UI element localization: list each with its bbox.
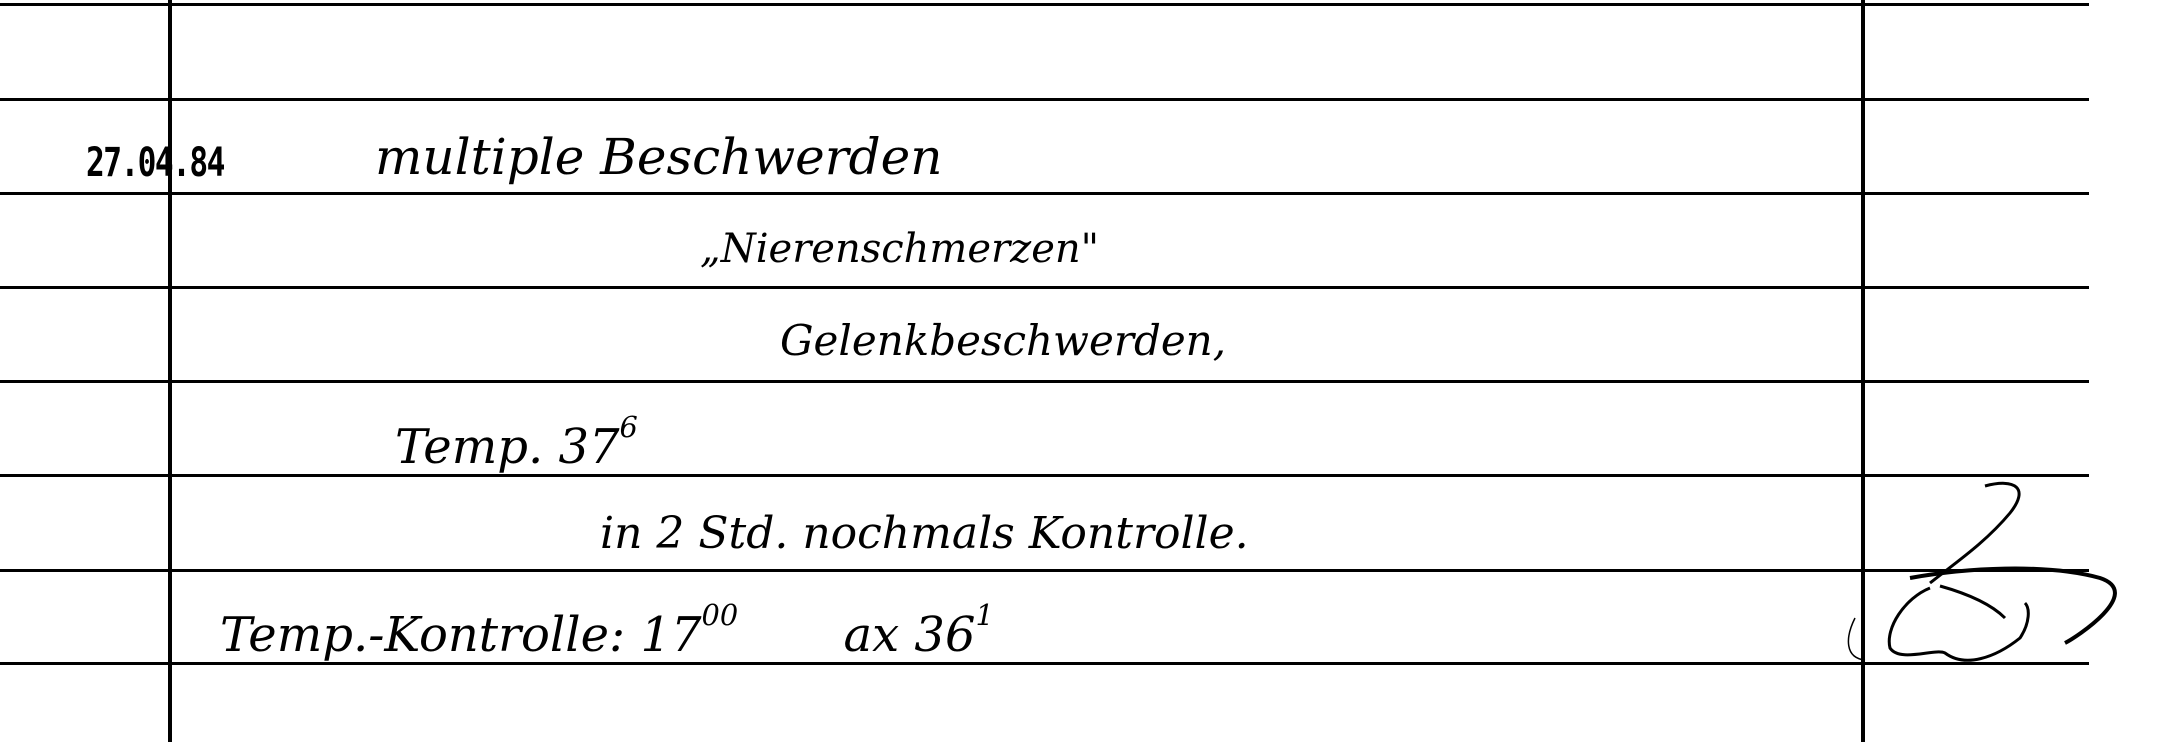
ledger-page: 27.04.84 multiple Beschwerden „Nierensch… — [0, 0, 2182, 742]
ruled-line — [0, 192, 2089, 195]
ruled-line — [0, 286, 2089, 289]
ruled-line — [0, 3, 2089, 6]
signature-icon — [1845, 478, 2145, 668]
entry-temperature: Temp. 376 — [395, 410, 638, 475]
ruled-line — [0, 98, 2089, 101]
ruled-line — [0, 569, 2089, 572]
temperature-decimal: 6 — [620, 410, 638, 444]
ruled-line — [0, 474, 2089, 477]
ruled-line — [0, 380, 2089, 383]
check-time-minutes: 00 — [702, 598, 739, 632]
entry-complaints: multiple Beschwerden — [375, 128, 942, 186]
axillary-decimal: 1 — [976, 598, 994, 632]
entry-joint-complaints: Gelenkbeschwerden, — [780, 316, 1226, 365]
entry-kidney-pain: „Nierenschmerzen" — [700, 226, 1099, 272]
axillary-reading: ax 36 — [843, 607, 975, 663]
temperature-check-label: Temp.-Kontrolle: 17 — [220, 607, 702, 663]
temperature-label: Temp. 37 — [395, 419, 620, 475]
date-column-divider — [168, 0, 172, 742]
entry-temperature-check: Temp.-Kontrolle: 1700 ax 361 — [220, 598, 994, 663]
date-stamp: 27.04.84 — [86, 140, 224, 186]
entry-recheck-note: in 2 Std. nochmals Kontrolle. — [600, 508, 1249, 559]
